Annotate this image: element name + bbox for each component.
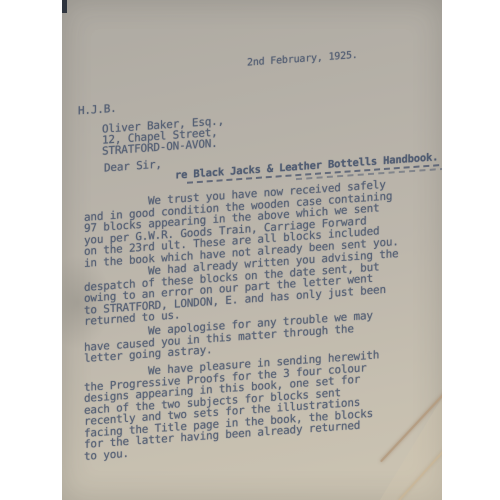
typed-letter-content: 2nd February, 1925. H.J.B. Oliver Baker,… xyxy=(84,0,442,500)
letter-photograph: 2nd February, 1925. H.J.B. Oliver Baker,… xyxy=(62,0,442,500)
paragraph-4: We have pleasure in sending herewith the… xyxy=(84,345,442,462)
reference-initials: H.J.B. xyxy=(78,102,117,118)
photo-corner-mark xyxy=(62,0,67,13)
recipient-address: Oliver Baker, Esq., 12, Chapel Street, S… xyxy=(102,116,224,157)
letter-date: 2nd February, 1925. xyxy=(247,50,358,69)
salutation: Dear Sir, xyxy=(104,158,162,175)
screenshot-canvas: 2nd February, 1925. H.J.B. Oliver Baker,… xyxy=(0,0,500,500)
